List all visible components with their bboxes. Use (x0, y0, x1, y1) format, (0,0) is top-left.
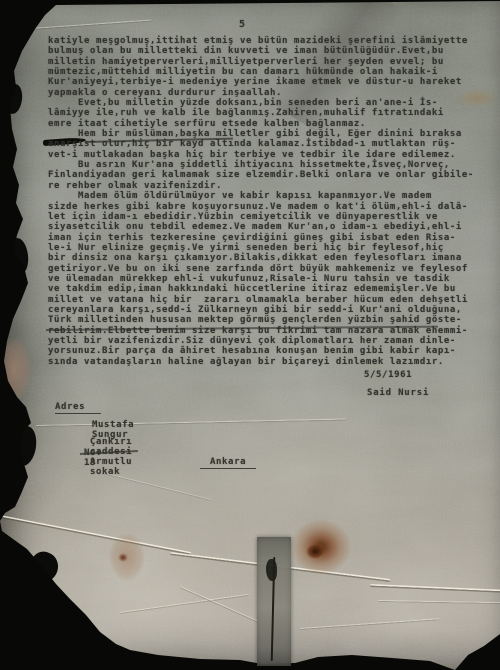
rust-stain-large (283, 512, 359, 582)
address-number: No: 13 (84, 448, 102, 468)
typed-line: getiriyor.Ve bu on iki sene zarfında dör… (48, 264, 484, 274)
typed-lines: katiyle meşgolmuş,ittihat etmiş ve bütün… (48, 36, 484, 367)
typed-line: milletin hamiyetperverleri,milliyetperve… (48, 57, 484, 67)
crease-line (2, 20, 152, 32)
typed-line: mümtezic,müttehid milliyetin bu can dama… (48, 67, 484, 77)
edge-stain-pink (0, 328, 36, 412)
tear-blob (8, 237, 30, 275)
typed-line: bir dinsiz ona karşı çıkamıyor.Bilakis,d… (48, 253, 484, 263)
page-number: 5 (239, 19, 245, 30)
letter-date: 5/5/1961 (364, 370, 412, 380)
typed-line: re rehber olmak vazifenizdir. (48, 181, 484, 191)
typed-line: yapmakla o cereyanı durdurur inşaallah. (48, 88, 484, 98)
typed-line: rebilirim.Elbette benim size karşı bu fi… (48, 326, 484, 336)
tape-dark-blob (266, 559, 277, 581)
typed-line: lâmiyye ile,ruh ve kalb ile bağlanmış.Za… (48, 108, 484, 118)
crease-line (300, 618, 440, 630)
typed-line: siyasetcilik onu tebdil edemez.Ve madem … (48, 222, 484, 232)
tear-blob (4, 83, 24, 115)
crease-line (370, 584, 500, 593)
crease-line (378, 600, 500, 604)
typed-line: anarşist olur,hiç bir kayd altında kalam… (48, 139, 484, 149)
tape-strip (257, 537, 291, 666)
crease-line (0, 514, 192, 555)
address-city: Ankara (200, 457, 256, 469)
typed-line: ve ülemadan mürekkep ehl-i vukufunuz,Ris… (48, 274, 484, 284)
typed-line: yetli bir vazifenizdir.Siz dünyevi çok d… (48, 336, 484, 346)
typed-line: cereyanlara karşı,sedd-i Zülkarneyn gibi… (48, 305, 484, 315)
paper-sheet: 5 katiyle meşgolmuş,ittihat etmiş ve büt… (0, 0, 500, 670)
typed-line: Madem ölüm öldürülmüyor ve kabir kapısı … (48, 191, 484, 201)
typed-line: iman için terhis tezkeresine çevirdiğini… (48, 233, 484, 243)
crease-line (120, 594, 249, 614)
crease-line (36, 419, 346, 427)
typed-line: vet-i mutlakadan başka hiç bir terbiye v… (48, 150, 484, 160)
typed-line: Hem bir müslüman,başka milletler gibi de… (48, 129, 484, 139)
address-label: Adres (55, 402, 101, 414)
typed-line: emre itaat cihetiyle serfüru etsede kalb… (48, 119, 484, 129)
typed-line: millet ve vatana hiç bir zararı olmamakl… (48, 295, 484, 305)
typed-line: sizde herkes gibi kabre koşuyorsunuz.Ve … (48, 202, 484, 212)
document-photo: 5 katiyle meşgolmuş,ittihat etmiş ve büt… (0, 0, 500, 670)
signature: Said Nursi (367, 388, 429, 398)
tear-blob (11, 425, 39, 468)
typed-line: katiyle meşgolmuş,ittihat etmiş ve bütün… (48, 36, 484, 46)
typed-line: le-i Nur elinize geçmiş.Ve yirmi seneden… (48, 243, 484, 253)
typed-line: bulmuş olan bu milletteki din kuvveti ve… (48, 46, 484, 56)
rust-stain-small (104, 526, 150, 588)
typed-line: Finlandiyadan geri kalmamak size elzemdi… (48, 170, 484, 180)
rust-stain-core (306, 544, 324, 559)
typed-line: Evet,bu milletin yüzde doksanı,bin sened… (48, 98, 484, 108)
tear-blob (26, 548, 63, 586)
letter-body: katiyle meşgolmuş,ittihat etmiş ve bütün… (48, 36, 484, 367)
tear-blob (0, 52, 12, 76)
typed-line: ve takdim edip,iman hakkındaki hüccetler… (48, 284, 484, 294)
typed-line: yorsunuz.Bir parça da âhiret hesabına ko… (48, 346, 484, 356)
typed-line: sında vatandaşların haline ağlayan bir b… (48, 357, 484, 367)
typed-line: let için idam-ı ebedidir.Yüzbin cemiyetc… (48, 212, 484, 222)
typed-line: Bu asrın Kur'ana şiddetli ihtiyacını his… (48, 160, 484, 170)
crease-line (180, 586, 263, 624)
typed-line: Türk milletinden hususan mektep görmüş g… (48, 315, 484, 325)
typed-line: Kur'aniyeyi,terbiye-i medeniye yerine ik… (48, 77, 484, 87)
rust-speck (118, 553, 128, 562)
